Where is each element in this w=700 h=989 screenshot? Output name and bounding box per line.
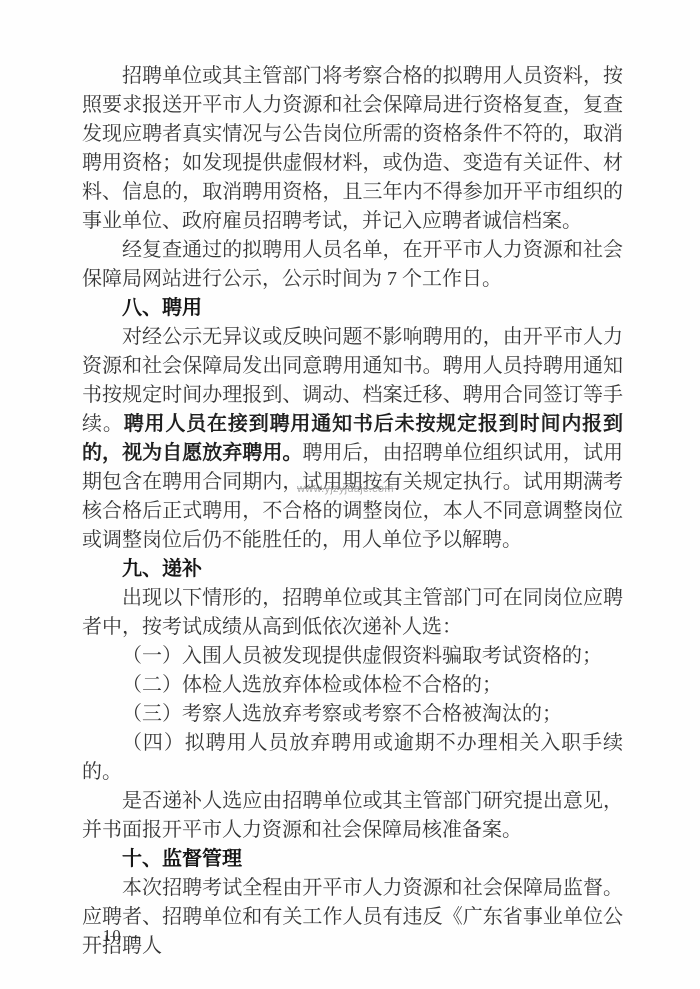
list-item-4: （四）拟聘用人员放弃聘用或逾期不办理相关入职手续的。 bbox=[82, 729, 623, 787]
paragraph-qualification-recheck: 招聘单位或其主管部门将考察合格的拟聘用人员资料，按照要求报送开平市人力资源和社会… bbox=[82, 62, 623, 236]
heading-section-9-replacement: 九、递补 bbox=[82, 555, 623, 584]
paragraph-replacement-approval: 是否递补人选应由招聘单位或其主管部门研究提出意见，并书面报开平市人力资源和社会保… bbox=[82, 787, 623, 845]
document-body: 招聘单位或其主管部门将考察合格的拟聘用人员资料，按照要求报送开平市人力资源和社会… bbox=[82, 62, 623, 961]
scanned-document-page: 招聘单位或其主管部门将考察合格的拟聘用人员资料，按照要求报送开平市人力资源和社会… bbox=[0, 0, 700, 989]
list-item-2: （二）体检人选放弃体检或体检不合格的； bbox=[82, 671, 623, 700]
paragraph-supervision: 本次招聘考试全程由开平市人力资源和社会保障局监督。应聘者、招聘单位和有关工作人员… bbox=[82, 874, 623, 961]
paragraph-publicity-notice: 经复查通过的拟聘用人员名单，在开平市人力资源和社会保障局网站进行公示，公示时间为… bbox=[82, 236, 623, 294]
heading-section-10-supervision: 十、监督管理 bbox=[82, 845, 623, 874]
paragraph-replacement-intro: 出现以下情形的，招聘单位或其主管部门可在同岗位应聘者中，按考试成绩从高到低依次递… bbox=[82, 584, 623, 642]
page-number: – 10 – bbox=[84, 926, 141, 946]
paragraph-employment-procedure: 对经公示无异议或反映问题不影响聘用的，由开平市人力资源和社会保障局发出同意聘用通… bbox=[82, 323, 623, 555]
list-item-1: （一）入围人员被发现提供虚假资料骗取考试资格的； bbox=[82, 642, 623, 671]
list-item-3: （三）考察人选放弃考察或考察不合格被淘汰的； bbox=[82, 700, 623, 729]
heading-section-8-employment: 八、聘用 bbox=[82, 294, 623, 323]
